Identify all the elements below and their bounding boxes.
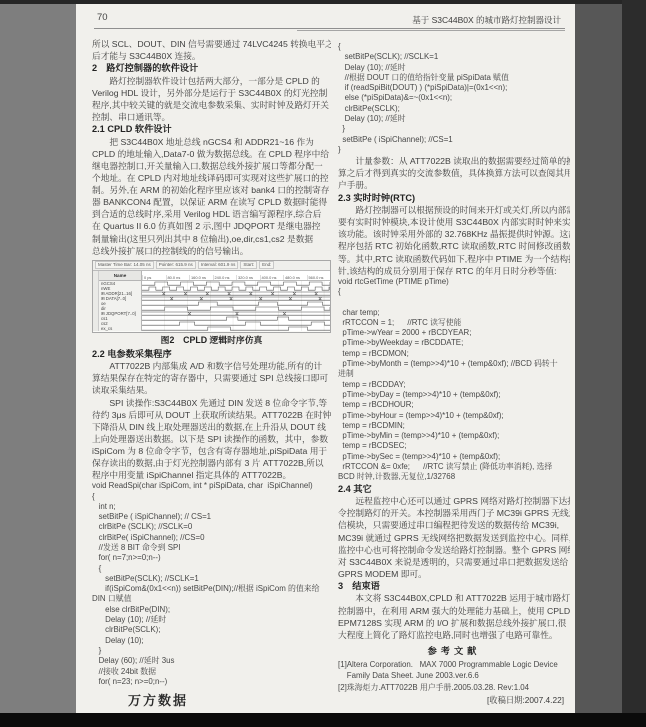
paragraph: 路灯控制器软件设计包括两大部分，一部分是 CPLD 的Verilog HDL 设…: [92, 75, 331, 123]
paragraph-line: SPI 读操作:S3C44B0X 先通过 DIN 发送 8 位命令字节,等: [92, 397, 331, 409]
figure-caption: 图2 CPLD 逻辑时序仿真: [92, 334, 331, 347]
paragraph-line: iSpiCom 为 8 位命令字节，包含有寄存器地址,piSpiData 用于: [92, 445, 331, 457]
code-line: //发送 8 BIT 命令到 SPI: [92, 543, 331, 553]
waveform-trace-cs1: [142, 317, 330, 320]
code-line: rRTCCON = 1; //RTC 读写使能: [338, 318, 570, 328]
waveform-body: NamenGCS4nWE⊞ ADDR[21..16]⊞ DATA[7..0]oe…: [93, 271, 330, 331]
paragraph-line: CPLD 的地址输入,Data7-0 做为数据总线。在 CPLD 程序中给: [92, 148, 331, 160]
paragraph-line: 个地址。在 CPLD 内对地址线译码即可实现对这些扩展口的控: [92, 172, 331, 184]
waveform-trace-ADDR[21..16]: [142, 292, 330, 295]
code-line: char temp;: [338, 308, 570, 318]
reference-item: [1]Altera Corporation. MAX 7000 Programm…: [338, 659, 570, 671]
section-heading: 2.3 实时时钟(RTC): [338, 192, 570, 205]
waveform-name-panel: NamenGCS4nWE⊞ ADDR[21..16]⊞ DATA[7..0]oe…: [99, 271, 142, 331]
waveform-toolbar-field: Pointer: 615.9 ns: [156, 261, 196, 269]
code-line: else clrBitPe(DIN);: [92, 605, 331, 615]
paragraph-line: 本文将 S3C44B0X,CPLD 和 ATT7022B 运用于城市路灯: [338, 592, 570, 604]
code-line: }: [338, 124, 570, 134]
paragraph-line: 程序中用变量 iSpiChannel 指定具体的 ATT7022B。: [92, 469, 331, 481]
paragraph-line: 等。其中,RTC 读取函数代码如下,程序中 PTIME 为一个结构指: [338, 253, 570, 265]
code-line: {: [92, 564, 331, 574]
code-line: pTime->wYear = 2000 + rBCDYEAR;: [338, 328, 570, 338]
references-heading: 参考文献: [338, 644, 570, 659]
waveform-gridlines: [165, 281, 324, 331]
running-head-title: 基于 S3C44B0X 的城市路灯控制器设计: [412, 14, 561, 26]
code-block: void ReadSpi(char iSpiCom, int * piSpiDa…: [92, 481, 331, 687]
paragraph: 路灯控制器可以根据预设的时间来开灯或关灯,所以内部需要有实时时钟模块,本设计使用…: [338, 204, 570, 277]
paragraph-line: MC39i 就通过 GPRS 无线网络把数据发送到监控中心。同样，: [338, 532, 570, 544]
paragraph-line: 把 S3C44B0X 地址总线 nGCS4 和 ADDR21~16 作为: [92, 136, 331, 148]
code-line: temp = rBCDDAY;: [338, 380, 570, 390]
reference-item: Family Data Sheet. June 2003.ver.6.6: [338, 670, 570, 682]
scan-margin-bottom: [0, 713, 646, 727]
code-line: pTime->byMonth = (temp>>4)*10 + (temp&0x…: [338, 359, 570, 369]
paragraph-line: 对 S3C44B0X 来说是透明的，只需要通过串口把数据发送给: [338, 556, 570, 568]
paragraph-line: 大程度上简化了路灯监控电路,同时也增强了电路可靠性。: [338, 629, 570, 641]
code-line: {: [338, 287, 570, 297]
paragraph-line: 器 BANKCON4 配置，以保证 ARM 在读写 CPLD 数据时能得: [92, 196, 331, 208]
waveform-time-ruler: 0 ps80.0 ns160.0 ns240.0 ns320.0 ns400.0…: [142, 271, 330, 281]
code-line: pTime->byDay = (temp>>4)*10 + (temp&0xf)…: [338, 390, 570, 400]
code-line: }: [338, 145, 570, 155]
paragraph-line: GPRS MODEM 即可。: [338, 568, 570, 580]
paragraph-line: 要有实时时钟模块,本设计使用 S3C44B0X 内部实时时钟来实现: [338, 216, 570, 228]
code-line: clrBitPe(SCLK);: [338, 104, 570, 114]
code-line: if (readSpiBit(DOUT) ) (*piSpiData)|=(0x…: [338, 83, 570, 93]
code-line: setBitPe ( iSpiChannel); // CS=1: [92, 512, 331, 522]
paragraph-line: 该功能。该时钟采用外部的 32.768KHz 晶振提供时钟源。这部分: [338, 228, 570, 240]
waveform-trace-nGCS4: [142, 282, 330, 285]
code-line: pTime->byWeekday = rBCDDATE;: [338, 338, 570, 348]
code-line: int n;: [92, 502, 331, 512]
waveform-toolbar-field: Interval: 601.9 ns: [198, 261, 239, 269]
paragraph-line: 令控制路灯的开关。本控制器采用西门子 MC39i GPRS 无线通: [338, 507, 570, 519]
time-tick-label: 240.0 ns: [213, 275, 237, 280]
code-line: clrBitPe(SCLK);: [92, 625, 331, 635]
code-line: pTime->bySec = (temp>>4)*10 + (temp&0xf)…: [338, 452, 570, 462]
paragraph-line: 算结果保存在特定的寄存器中，只需要通过 SPI 总线接口即可: [92, 372, 331, 384]
code-line: clrBitPe (SCLK); //SCLK=0: [92, 522, 331, 532]
waveform-trace-cs2: [142, 322, 330, 325]
code-line: setBitPe(SCLK); //SCLK=1: [338, 52, 570, 62]
paragraph-line: 待约 3μs 后即可从 DOUT 上获取所读结果。ATT7022B 在时钟: [92, 409, 331, 421]
time-tick-label: 80.0 ns: [166, 275, 190, 280]
code-line: BCD 时钟,计数器,无复位,1/32768: [338, 472, 570, 482]
code-line: DIN 口赋值: [92, 594, 331, 604]
references-list: [1]Altera Corporation. MAX 7000 Programm…: [338, 659, 570, 694]
waveform-trace-DATA[7..0]: [142, 297, 330, 300]
paragraph: 计量参数：从 ATT7022B 读取出的数据需要经过简单的换算之后才得到真实的交…: [338, 155, 570, 191]
wanfang-watermark: 万方数据: [128, 690, 188, 709]
paragraph-line: 户手册。: [338, 179, 570, 191]
section-heading: 2.1 CPLD 软件设计: [92, 123, 331, 136]
time-tick-label: 320.0 ns: [236, 275, 260, 280]
paragraph-line: ATT7022B 内部集成 A/D 和数字信号处理功能,所有的计: [92, 360, 331, 372]
scan-margin-left: [0, 4, 76, 713]
paragraph-line: 所以 SCL、DOUT、DIN 信号需要通过 74LVC4245 转换电平之: [92, 38, 331, 50]
code-line: else (*piSpiData)&=~(0x1<<n);: [338, 93, 570, 103]
waveform-trace-nWE: [142, 287, 330, 290]
paragraph-line: 总线外接扩展口的控制线的的信号输出。: [92, 245, 331, 257]
code-line: clrBitPe( iSpiChannel); //CS=0: [92, 533, 331, 543]
time-tick-label: 400.0 ns: [260, 275, 284, 280]
paragraph-line: 信模块，只需要通过串口编程把待发送的数据传给 MC39i,: [338, 519, 570, 531]
waveform-toolbar: Master Time Bar: 14.05 nsPointer: 615.9 …: [93, 261, 330, 271]
section-heading: 2.2 电参数采集程序: [92, 348, 331, 361]
code-block: void rtcGetTime (PTIME pTime){ char temp…: [338, 277, 570, 483]
code-line: setBitPe ( iSpiChannel); //CS=1: [338, 135, 570, 145]
section-heading: 2.4 其它: [338, 483, 570, 496]
code-line: for( n=7;n>=0;n--): [92, 553, 331, 563]
waveform-toolbar-field: Master Time Bar: 14.05 ns: [95, 261, 154, 269]
paragraph-line: 在 Quartus II 6.0 仿真如图 2 示,图中 JDQPORT 是继电…: [92, 220, 331, 232]
code-line: }: [92, 646, 331, 656]
paragraph-line: 控制器中，在利用 ARM 强大的处理能力基础上，使用 CPLD: [338, 605, 570, 617]
code-line: temp = rBCDMON;: [338, 349, 570, 359]
code-line: Delay (60); //延时 3us: [92, 656, 331, 666]
code-line: void rtcGetTime (PTIME pTime): [338, 277, 570, 287]
code-line: {: [338, 42, 570, 52]
paragraph-line: 下降沿从 DIN 线上取处理器送出的数据,在上升沿从 DOUT 线: [92, 421, 331, 433]
waveform-name-header: Name: [99, 271, 141, 281]
waveform-toolbar-field: Start:: [240, 261, 257, 269]
paragraph-line: 算之后才得到真实的交流参数值，具体换算方法可以查阅其用: [338, 167, 570, 179]
reference-item: [2]珠海炬力.ATT7022B 用户手册.2005.03.28. Rev:1.…: [338, 682, 570, 694]
left-column: 所以 SCL、DOUT、DIN 信号需要通过 74LVC4245 转换电平之后才…: [92, 38, 331, 687]
time-tick-label: 160.0 ns: [189, 275, 213, 280]
code-line: Delay (10); //延时: [338, 63, 570, 73]
figure-waveform-simulation: Master Time Bar: 14.05 nsPointer: 615.9 …: [92, 260, 331, 333]
paragraph: ATT7022B 内部集成 A/D 和数字信号处理功能,所有的计算结果保存在特定…: [92, 360, 331, 396]
paragraph-line: 制。另外,在 ARM 的初始化程序里应该对 bank4 口的控制寄存: [92, 184, 331, 196]
code-line: temp = rBCDSEC;: [338, 441, 570, 451]
paragraph-line: 制量输出(这里只列出其中 8 位输出),oe,dir,cs1,cs2 是数据: [92, 233, 331, 245]
scan-edge-dark-strip: [622, 0, 646, 727]
waveform-trace-JDQPORT[7..0]: [142, 312, 330, 315]
waveform-toolbar-field: End:: [259, 261, 274, 269]
waveform-traces: [142, 281, 330, 331]
paragraph-line: 程序包括 RTC 初始化函数,RTC 读取函数,RTC 时间修改函数: [338, 240, 570, 252]
code-line: //接收 24bit 数据: [92, 667, 331, 677]
section-heading: 2 路灯控制器的软件设计: [92, 62, 331, 75]
code-line: [338, 297, 570, 307]
time-tick-label: 0 ps: [142, 275, 166, 280]
paragraph-line: Verilog HDL 设计，另外部分是运行于 S3C44B0X 的灯光控制: [92, 87, 331, 99]
section-heading: 3 结束语: [338, 580, 570, 593]
code-line: Delay (10); //延时: [338, 114, 570, 124]
paragraph-line: 针,该结构的成员分别用于保存 RTC 的年月日时分秒等值:: [338, 265, 570, 277]
header-rule-secondary: [297, 30, 565, 31]
paragraph-line: 保存读出的数据,由于灯光控制器内部有 3 片 ATT7022B,所以: [92, 457, 331, 469]
waveform-trace-ex_cs: [142, 327, 330, 330]
right-column: { setBitPe(SCLK); //SCLK=1 Delay (10); /…: [338, 42, 570, 707]
time-tick-label: 480.0 ns: [283, 275, 307, 280]
paragraph-line: 监控中心也可将控制命令发送给路灯控制器。整个 GPRS 网络: [338, 544, 570, 556]
waveform-signal-name: ⊞ JDQPORT[7..0]: [99, 311, 141, 316]
paragraph-line: EPM7128S 实现 ARM 的 I/O 扩展和数据总线外接扩展口,很: [338, 617, 570, 629]
paragraph-line: 继电器控制口,开关量输入口,数据总线外接扩展口等都分配一: [92, 160, 331, 172]
code-line: if(iSpiCom&(0x1<<n)) setBitPe(DIN);//根据 …: [92, 584, 331, 594]
paragraph-line: 读取采集结果。: [92, 384, 331, 396]
scanned-page-canvas: 70 基于 S3C44B0X 的城市路灯控制器设计 所以 SCL、DOUT、DI…: [0, 0, 646, 727]
paper-page: 70 基于 S3C44B0X 的城市路灯控制器设计 所以 SCL、DOUT、DI…: [76, 4, 575, 713]
code-line: rRTCCON &= 0xfe; //RTC 读写禁止 (降低功率消耗), 选择: [338, 462, 570, 472]
paragraph-line: 远程监控中心还可以通过 GPRS 网络对路灯控制器下达指: [338, 495, 570, 507]
waveform-trace-oe: [142, 302, 330, 305]
code-line: pTime->byHour = (temp>>4)*10 + (temp&0xf…: [338, 411, 570, 421]
paragraph-line: 计量参数：从 ATT7022B 读取出的数据需要经过简单的换: [338, 155, 570, 167]
code-block: { setBitPe(SCLK); //SCLK=1 Delay (10); /…: [338, 42, 570, 155]
header-rule: [94, 28, 565, 29]
paragraph-line: 上向处理器送出数据。以下是 SPI 读操作的函数，其中，参数: [92, 433, 331, 445]
code-line: {: [92, 492, 331, 502]
code-line: //根据 DOUT 口的值给指针变量 piSpiData 赋值: [338, 73, 570, 83]
waveform-signal-name: ex_cs: [99, 326, 141, 331]
paragraph: 远程监控中心还可以通过 GPRS 网络对路灯控制器下达指令控制路灯的开关。本控制…: [338, 495, 570, 580]
code-line: void ReadSpi(char iSpiCom, int * piSpiDa…: [92, 481, 331, 491]
received-date: [收稿日期:2007.4.22]: [338, 694, 570, 707]
paragraph: 所以 SCL、DOUT、DIN 信号需要通过 74LVC4245 转换电平之后才…: [92, 38, 331, 62]
paragraph-line: 路灯控制器可以根据预设的时间来开灯或关灯,所以内部需: [338, 204, 570, 216]
waveform-trace-area: 0 ps80.0 ns160.0 ns240.0 ns320.0 ns400.0…: [142, 271, 330, 331]
code-line: Delay (10); //延时: [92, 615, 331, 625]
code-line: setBitPe(SCLK); //SCLK=1: [92, 574, 331, 584]
paragraph: SPI 读操作:S3C44B0X 先通过 DIN 发送 8 位命令字节,等待约 …: [92, 397, 331, 482]
code-line: for( n=23; n>=0;n--): [92, 677, 331, 687]
code-line: 进制: [338, 369, 570, 379]
code-line: Delay (10);: [92, 636, 331, 646]
paragraph-line: 后才能与 S3C44B0X 连接。: [92, 50, 331, 62]
page-number: 70: [97, 12, 108, 23]
code-line: temp = rBCDHOUR;: [338, 400, 570, 410]
waveform-trace-dir: [142, 307, 330, 310]
code-line: temp = rBCDMIN;: [338, 421, 570, 431]
paragraph-line: 到合适的总线时序,采用 Verilog HDL 语言编写源程序,综合后: [92, 208, 331, 220]
paragraph-line: 路灯控制器软件设计包括两大部分，一部分是 CPLD 的: [92, 75, 331, 87]
paragraph: 本文将 S3C44B0X,CPLD 和 ATT7022B 运用于城市路灯控制器中…: [338, 592, 570, 640]
time-tick-label: 560.0 ns: [307, 275, 331, 280]
paragraph-line: 程序,其中较关键的就是交流电参数采集、实时时钟及路灯开关: [92, 99, 331, 111]
paragraph-line: 控制、串口通讯等。: [92, 111, 331, 123]
code-line: pTime->byMin = (temp>>4)*10 + (temp&0xf)…: [338, 431, 570, 441]
paragraph: 把 S3C44B0X 地址总线 nGCS4 和 ADDR21~16 作为CPLD…: [92, 136, 331, 257]
